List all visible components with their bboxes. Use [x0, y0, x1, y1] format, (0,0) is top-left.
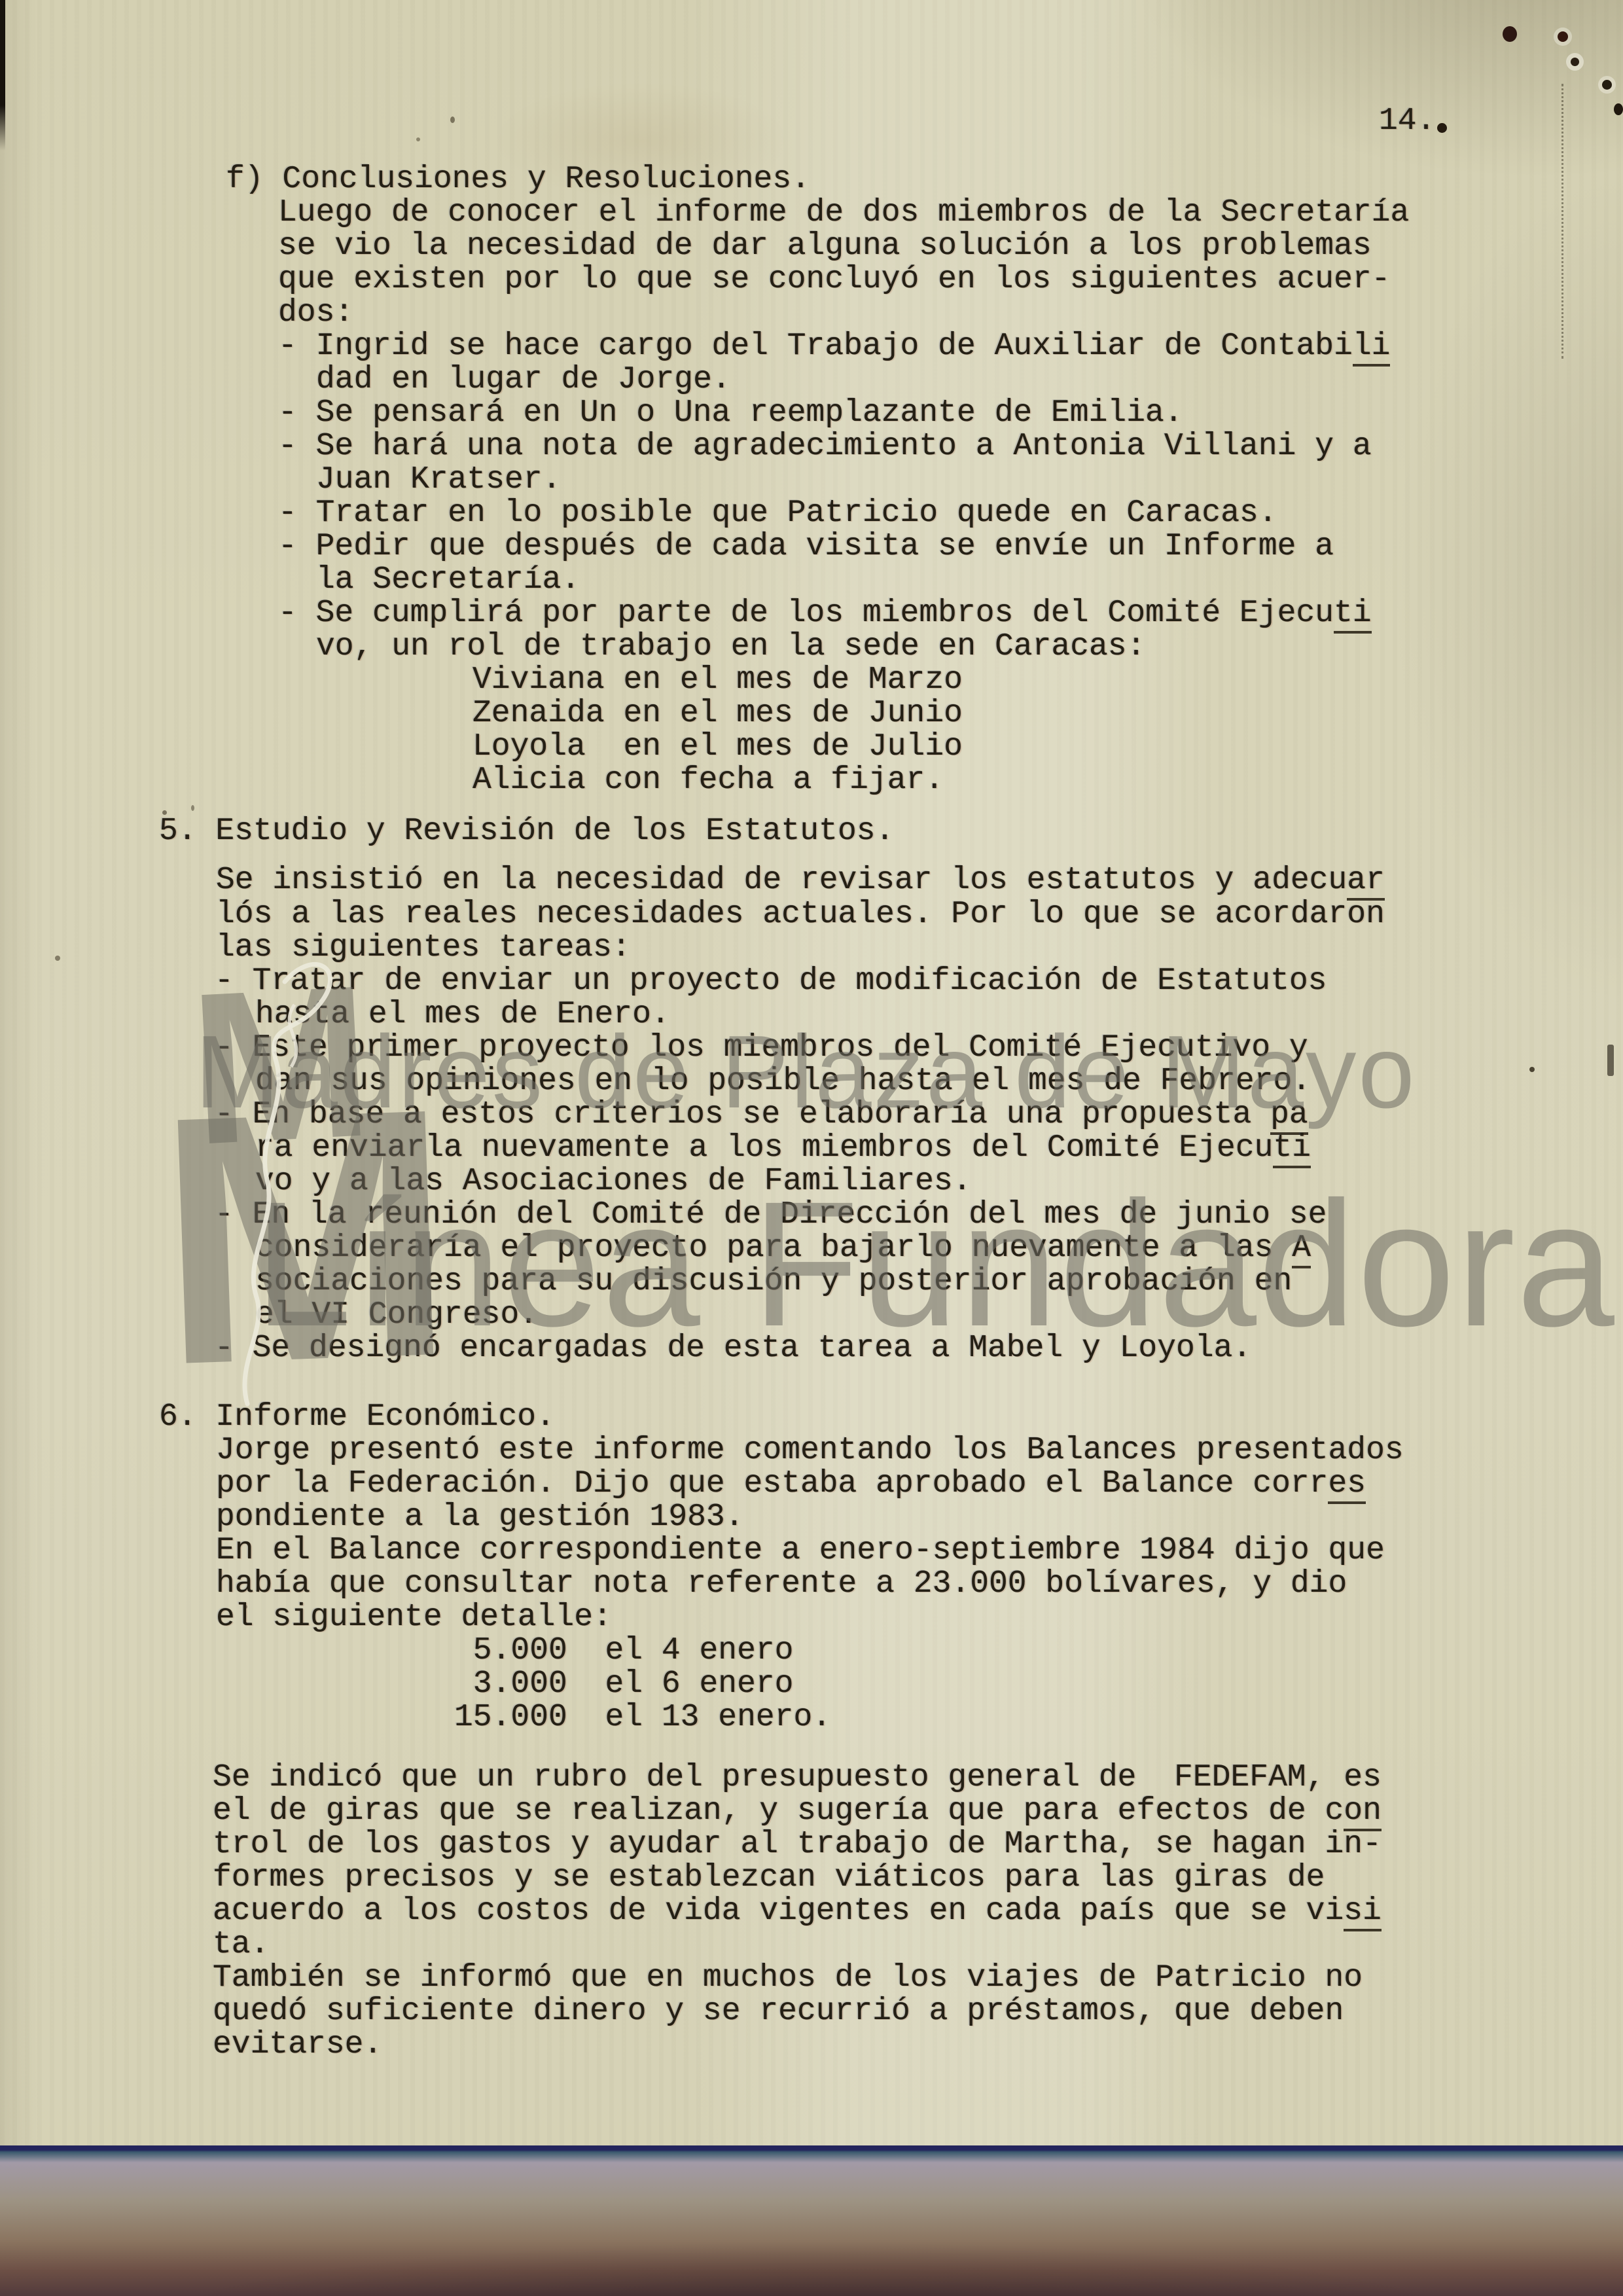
- scan-edge-mark: [1607, 1045, 1614, 1076]
- scan-speck: [191, 805, 194, 811]
- typewritten-line: Zenaida en el mes de Junio: [473, 697, 963, 730]
- scan-speck: [1503, 26, 1517, 42]
- typewritten-line: - Se pensará en Un o Una reemplazante de…: [278, 397, 1183, 430]
- typewritten-line: ta.: [213, 1928, 269, 1962]
- typewritten-line: el siguiente detalle:: [216, 1601, 612, 1634]
- typewritten-line: se vio la necesidad de dar alguna soluci…: [278, 230, 1372, 263]
- scan-speck: [416, 137, 420, 141]
- typewritten-line: Alicia con fecha a fijar.: [473, 764, 944, 797]
- typewritten-line: dos:: [278, 296, 353, 330]
- scan-speck: [1602, 80, 1612, 90]
- typewritten-line: 15.000 el 13 enero.: [454, 1701, 831, 1734]
- typewritten-line: pondiente a la gestión 1983.: [216, 1501, 744, 1534]
- typewritten-line: Se insistió en la necesidad de revisar l…: [216, 864, 1385, 897]
- scan-speck: [1571, 58, 1579, 66]
- typewritten-line: Luego de conocer el informe de dos miemb…: [278, 196, 1409, 230]
- typewritten-line: quedó suficiente dinero y se recurrió a …: [213, 1995, 1344, 2028]
- typewritten-line: 3.000 el 6 enero: [454, 1668, 793, 1701]
- typewritten-line: 5. Estudio y Revisión de los Estatutos.: [159, 815, 894, 848]
- typewritten-line: dad en lugar de Jorge.: [316, 363, 731, 397]
- typewritten-line: evitarse.: [213, 2028, 382, 2062]
- page-number: 14.: [1379, 105, 1435, 138]
- scan-speck: [450, 117, 455, 123]
- typewritten-line: También se informó que en muchos de los …: [213, 1962, 1363, 1995]
- scan-bottom-band: [0, 2145, 1623, 2296]
- typewritten-line: - Ingrid se hace cargo del Trabajo de Au…: [278, 330, 1390, 363]
- typewritten-line: Viviana en el mes de Marzo: [473, 664, 963, 697]
- scan-crease-line: [1561, 84, 1563, 359]
- typewritten-line: - Se hará una nota de agradecimiento a A…: [278, 430, 1372, 463]
- typewritten-line: 5.000 el 4 enero: [454, 1634, 793, 1668]
- typewritten-line: - Tratar en lo posible que Patricio qued…: [278, 497, 1277, 530]
- scanned-document-page: 14. f) Conclusiones y Resoluciones.Luego…: [0, 0, 1623, 2296]
- scan-speck: [243, 1605, 247, 1609]
- scan-speck: [1529, 1067, 1535, 1072]
- typewritten-line: había que consultar nota referente a 23.…: [216, 1568, 1347, 1601]
- scan-speck: [162, 810, 167, 815]
- typewritten-line: En el Balance correspondiente a enero-se…: [216, 1534, 1385, 1568]
- typewritten-line: lós a las reales necesidades actuales. P…: [216, 898, 1385, 931]
- typewritten-line: que existen por lo que se concluyó en lo…: [278, 263, 1390, 296]
- typewritten-line: acuerdo a los costos de vida vigentes en…: [213, 1895, 1382, 1928]
- typewritten-line: trol de los gastos y ayudar al trabajo d…: [213, 1828, 1382, 1861]
- panuelo-outline-icon: [157, 942, 432, 1440]
- typewritten-line: Juan Kratser.: [316, 463, 561, 497]
- typewritten-line: Loyola en el mes de Julio: [473, 730, 963, 764]
- typewritten-line: Se indicó que un rubro del presupuesto g…: [213, 1761, 1382, 1795]
- typewritten-line: vo, un rol de trabajo en la sede en Cara…: [316, 630, 1145, 664]
- typewritten-line: por la Federación. Dijo que estaba aprob…: [216, 1467, 1366, 1501]
- typewritten-line: - Pedir que después de cada visita se en…: [278, 530, 1334, 564]
- scan-speck: [1437, 123, 1447, 133]
- scan-edge-strip: [0, 0, 5, 151]
- typewritten-line: formes precisos y se establezcan viático…: [213, 1861, 1325, 1895]
- scan-speck: [55, 956, 60, 961]
- typewritten-line: la Secretaría.: [316, 564, 580, 597]
- typewritten-line: f) Conclusiones y Resoluciones.: [226, 163, 810, 196]
- scan-speck: [1558, 31, 1568, 42]
- scan-speck: [1614, 103, 1623, 115]
- watermark-line2: Línea Fundadora: [254, 1162, 1616, 1367]
- typewritten-line: el de giras que se realizan, y sugería q…: [213, 1795, 1382, 1828]
- typewritten-line: - Se cumplirá por parte de los miembros …: [278, 597, 1372, 630]
